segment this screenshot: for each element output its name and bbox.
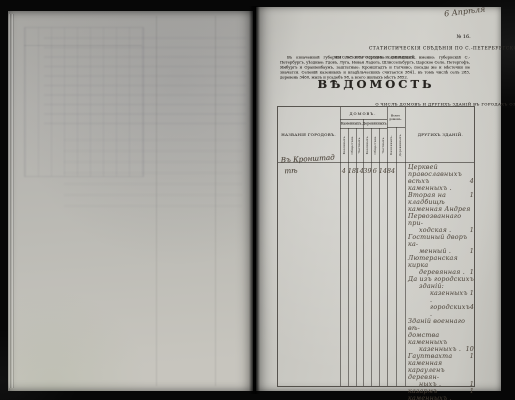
entry-text: ходская . (419, 227, 470, 234)
column-header-other-buildings-text: ДРУГИХЪ ЗДАНІЙ. (418, 132, 463, 137)
page-crease-2 (215, 16, 216, 386)
entry-number: 1 (470, 388, 475, 400)
handwritten-value: 84 (387, 167, 396, 175)
column-label-text: Казенныхъ. (366, 136, 369, 155)
subheader-stone-houses: Каменныхъ. (340, 119, 363, 128)
bleedthrough-table-ghost (24, 27, 144, 177)
entry-text: казенныхъ . (430, 290, 470, 304)
table-column-line (396, 127, 397, 386)
entry-number: 1 (470, 381, 475, 388)
table-row-line (340, 119, 387, 120)
entry-text: зданій: (419, 283, 474, 290)
column-header-other-buildings: ДРУГИХЪ ЗДАНІЙ. (405, 107, 477, 162)
other-buildings-entry: зданій: (406, 283, 475, 290)
handwritten-value: 39 (363, 167, 371, 175)
handwritten-folio-note: 6 Апрѣля (443, 5, 485, 19)
other-buildings-entry: Зданій военнаго вѣ- (406, 318, 475, 332)
entry-number: 10 (466, 346, 475, 353)
entry-text: карауленъ деревян- (408, 367, 474, 381)
column-label-text: Частныхъ. (381, 137, 384, 154)
column-label-text: Каменныхъ. (389, 135, 392, 154)
entry-number (474, 332, 475, 346)
entry-text: ныхъ . (419, 381, 470, 388)
column-group-header-totals-text: Всего домовъ. (389, 114, 402, 121)
column-label-text: Обществен. (350, 136, 353, 155)
entry-number (474, 206, 475, 213)
entry-text: Лютеранская кирка (408, 255, 474, 269)
entry-text: Вторая на кладбищѣ (408, 192, 470, 206)
entry-number (474, 276, 475, 283)
other-buildings-entry: деревянная .1 (406, 269, 475, 276)
handwritten-value: 18 (348, 167, 356, 175)
page-fore-edge (9, 14, 14, 388)
column-label-vertical: Деревянныхъ. (396, 127, 405, 162)
statistics-table: НАЗВАНІЕ ГОРОДОВЪ. ДОМОВЪ. Каменныхъ. Де… (277, 106, 475, 387)
other-buildings-entry: домства каменныхъ (406, 332, 475, 346)
other-buildings-entries: Церквей православныхъвсѣхъ каменныхъ .4В… (406, 164, 475, 400)
bleedthrough-table-rule-ghost (24, 45, 142, 46)
entry-text: городскихъ . (430, 304, 470, 318)
entry-text: Церквей православныхъ (408, 164, 474, 178)
entry-text: домства каменныхъ (408, 332, 474, 346)
entry-text: Гостиный дворъ ка- (408, 234, 474, 248)
entry-text: менный . (419, 248, 470, 255)
column-label-vertical: Казенныхъ. (363, 128, 371, 162)
entry-number (474, 318, 475, 332)
other-buildings-entry: Гостиный дворъ ка- (406, 234, 475, 248)
column-header-city-names-text: НАЗВАНІЕ ГОРОДОВЪ. (282, 132, 337, 137)
handwritten-value: 14 (379, 167, 387, 175)
right-page: 6 Апрѣля № 16. СТАТИСТИЧЕСКІЯ СВѢДѢНІЯ П… (256, 7, 501, 391)
entry-text: Гауптвахта каменная (408, 353, 470, 367)
left-page (8, 11, 253, 391)
other-buildings-entry: Вторая на кладбищѣ1 (406, 192, 475, 206)
entry-text: деревянная . (419, 269, 470, 276)
subheader-wooden-houses-text: Деревянныхъ. (362, 122, 387, 126)
entry-number: 1 (470, 192, 475, 206)
other-buildings-entry: Церквей православныхъ (406, 164, 475, 178)
other-buildings-entry: Гауптвахта каменная1 (406, 353, 475, 367)
other-buildings-entry: казенныхъ .10 (406, 346, 475, 353)
entry-text: Да изъ городскихъ (408, 276, 474, 283)
entry-text: казармъ каменныхъ . (408, 388, 470, 400)
subheader-stone-houses-text: Каменныхъ. (341, 122, 362, 126)
subheader-wooden-houses: Деревянныхъ. (363, 119, 386, 128)
column-label-vertical: Казенныхъ. (340, 128, 348, 162)
column-label-text: Казенныхъ. (342, 136, 345, 155)
entry-number (474, 367, 475, 381)
entry-number: 1 (470, 290, 475, 304)
entry-number (474, 234, 475, 248)
handwritten-value: 14 (356, 167, 364, 175)
handwritten-value: 6 (371, 167, 379, 175)
entry-number: 1 (470, 227, 475, 234)
other-buildings-entry: Лютеранская кирка (406, 255, 475, 269)
column-label-vertical: Каменныхъ. (387, 127, 396, 162)
other-buildings-entry: каменная Андрея (406, 206, 475, 213)
column-group-header-houses: ДОМОВЪ. (340, 107, 387, 119)
entry-number (474, 283, 475, 290)
other-buildings-entry: карауленъ деревян- (406, 367, 475, 381)
entry-number (474, 213, 475, 227)
page-crease-1 (156, 16, 157, 386)
column-label-text: Деревянныхъ. (398, 133, 401, 156)
column-group-header-houses-text: ДОМОВЪ. (350, 111, 377, 116)
column-label-vertical: Частныхъ. (379, 128, 387, 162)
entry-number: 1 (470, 353, 475, 367)
other-buildings-entry: городскихъ .4 (406, 304, 475, 318)
other-buildings-entry: казенныхъ .1 (406, 290, 475, 304)
other-buildings-entry: всѣхъ каменныхъ .4 (406, 178, 475, 192)
column-label-vertical: Обществен. (348, 128, 356, 162)
entry-text: Зданій военнаго вѣ- (408, 318, 474, 332)
entry-number: 1 (470, 248, 475, 255)
photo-of-archival-ledger: 6 Апрѣля № 16. СТАТИСТИЧЕСКІЯ СВѢДѢНІЯ П… (0, 0, 515, 400)
entry-text: Первозваннаго при- (408, 213, 474, 227)
entry-number (474, 255, 475, 269)
entry-number: 4 (470, 178, 475, 192)
entry-text: каменная Андрея (408, 206, 474, 213)
entry-text: всѣхъ каменныхъ . (408, 178, 470, 192)
other-buildings-entry: Первозваннаго при- (406, 213, 475, 227)
other-buildings-entry: ходская .1 (406, 227, 475, 234)
entry-number: 1 (470, 269, 475, 276)
column-label-text: Частныхъ. (358, 137, 361, 154)
column-label-vertical: Обществен. (371, 128, 379, 162)
other-buildings-entry: казармъ каменныхъ .1 (406, 388, 475, 400)
column-group-header-totals: Всего домовъ. (387, 107, 405, 127)
other-buildings-entry: ныхъ .1 (406, 381, 475, 388)
other-buildings-entry: Да изъ городскихъ (406, 276, 475, 283)
entry-text: казенныхъ . (419, 346, 466, 353)
column-label-vertical: Частныхъ. (356, 128, 364, 162)
document-title: ВѢДОМОСТЬ (277, 77, 475, 91)
column-label-text: Обществен. (373, 136, 376, 155)
entry-number: 4 (470, 304, 475, 318)
handwritten-value: 4 (340, 167, 348, 175)
entry-number (474, 164, 475, 178)
other-buildings-entry: менный .1 (406, 248, 475, 255)
